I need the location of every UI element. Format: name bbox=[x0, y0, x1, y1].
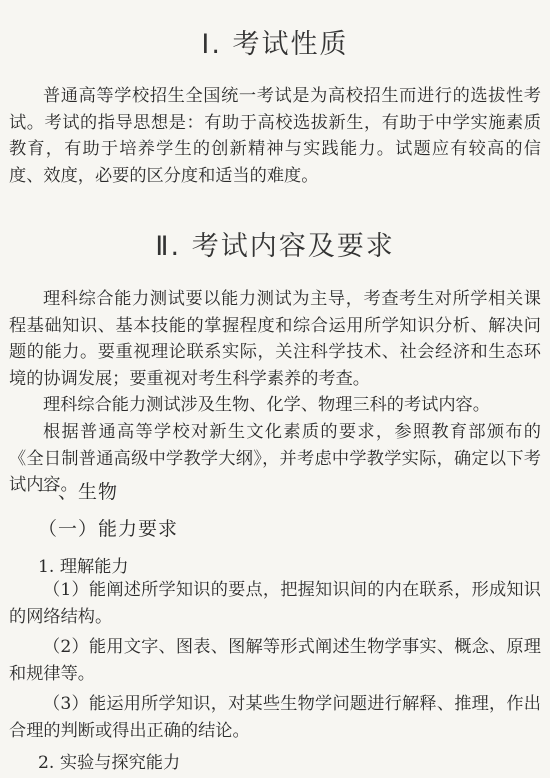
document-page: Ⅰ. 考试性质 普通高等学校招生全国统一考试是为高校招生而进行的选拔性考试。考试… bbox=[0, 0, 550, 778]
section-heading-exam-content: Ⅱ. 考试内容及要求 bbox=[0, 224, 550, 263]
point-3: （3）能运用所学知识，对某些生物学问题进行解释、推理，作出合理的判断或得出正确的… bbox=[9, 691, 541, 744]
paragraph-exam-nature: 普通高等学校招生全国统一考试是为高校招生而进行的选拔性考试。考试的指导思想是：有… bbox=[9, 83, 541, 189]
subsection-heading-ability: （一）能力要求 bbox=[38, 514, 178, 541]
section-heading-exam-nature: Ⅰ. 考试性质 bbox=[0, 22, 550, 61]
item-heading-understanding: 1. 理解能力 bbox=[38, 552, 129, 577]
subject-heading-biology: 一、生物 bbox=[38, 477, 118, 504]
item-heading-experiment: 2. 实验与探究能力 bbox=[38, 748, 180, 773]
point-1: （1）能阐述所学知识的要点，把握知识间的内在联系，形成知识的网络结构。 bbox=[9, 577, 541, 630]
paragraph-subjects: 理科综合能力测试涉及生物、化学、物理三科的考试内容。 bbox=[9, 392, 541, 419]
paragraph-intro: 理科综合能力测试要以能力测试为主导，考查考生对所学相关课程基础知识、基本技能的掌… bbox=[9, 286, 541, 392]
point-2: （2）能用文字、图表、图解等形式阐述生物学事实、概念、原理和规律等。 bbox=[9, 634, 541, 687]
